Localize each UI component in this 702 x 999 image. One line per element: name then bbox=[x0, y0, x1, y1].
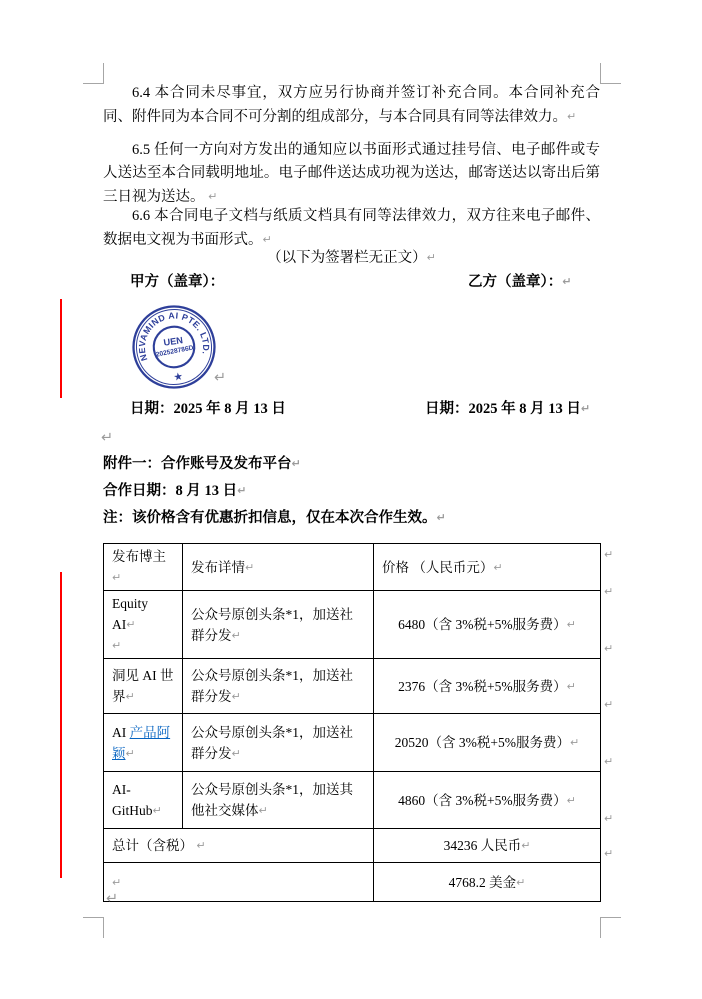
pilcrow-icon: ↵ bbox=[126, 747, 135, 760]
company-seal-stamp: NEVAMIND AI PTE. LTD. UEN 202528786D ★ bbox=[130, 303, 218, 391]
pilcrow-icon: ↵ bbox=[292, 457, 301, 470]
cell-price: 6480（含 3%税+5%服务费）↵ bbox=[374, 591, 601, 659]
detail-text: 公众号原创头条*1，加送其他社交媒体 bbox=[191, 782, 353, 818]
table-row: 洞见 AI 世界↵ 公众号原创头条*1，加送社群分发↵ 2376（含 3%税+5… bbox=[104, 659, 601, 714]
pilcrow-icon: ↵ bbox=[604, 847, 613, 860]
pilcrow-icon: ↵ bbox=[604, 812, 613, 825]
party-a-label: 甲方（盖章）： bbox=[130, 272, 224, 292]
crop-mark-top-right bbox=[600, 63, 621, 84]
pilcrow-icon: ↵ bbox=[232, 629, 241, 642]
word-document-page: 6.4 本合同未尽事宜，双方应另行协商并签订补充合同。本合同补充合同、附件同为本… bbox=[0, 0, 702, 999]
total-label-text: 总计（含税） bbox=[112, 838, 193, 853]
pilcrow-icon: ↵ bbox=[112, 639, 121, 652]
attachment-note: 注：该价格含有优惠折扣信息，仅在本次合作生效。↵ bbox=[103, 508, 446, 528]
signature-note-text: （以下为签署栏无正文） bbox=[267, 250, 427, 266]
pilcrow-icon: ↵ bbox=[101, 428, 113, 448]
price-text: 6480（含 3%税+5%服务费） bbox=[398, 617, 566, 632]
attachment-date-text: 合作日期：8 月 13 日 bbox=[103, 483, 237, 499]
pilcrow-icon: ↵ bbox=[126, 618, 135, 631]
table-usd-row: ↵ 4768.2 美金↵ bbox=[104, 863, 601, 902]
cell-detail: 公众号原创头条*1，加送社群分发↵ bbox=[183, 591, 374, 659]
attachment-note-text: 注：该价格含有优惠折扣信息，仅在本次合作生效。 bbox=[103, 510, 437, 526]
cell-usd-label-empty: ↵ bbox=[104, 863, 374, 902]
date-party-a: 日期：2025 年 8 月 13 日 bbox=[130, 399, 286, 419]
price-text: 20520（含 3%税+5%服务费） bbox=[395, 735, 570, 750]
pilcrow-icon: ↵ bbox=[245, 561, 254, 574]
crop-mark-bottom-left bbox=[83, 917, 104, 938]
pilcrow-icon: ↵ bbox=[237, 484, 246, 497]
cell-blogger: Equity AI↵ ↵ bbox=[104, 591, 183, 659]
seal-star-icon: ★ bbox=[173, 371, 184, 383]
pilcrow-icon: ↵ bbox=[604, 698, 613, 711]
pilcrow-icon: ↵ bbox=[604, 548, 613, 561]
pilcrow-icon: ↵ bbox=[232, 747, 241, 760]
header-detail-text: 发布详情 bbox=[191, 560, 245, 575]
pricing-table: 发布博主↵ 发布详情↵ 价格 （人民币元）↵ Equity AI↵ ↵ 公众号原… bbox=[103, 543, 601, 902]
pilcrow-icon: ↵ bbox=[604, 642, 613, 655]
pilcrow-icon: ↵ bbox=[208, 190, 217, 203]
pilcrow-icon: ↵ bbox=[126, 690, 135, 703]
table-header-row: 发布博主↵ 发布详情↵ 价格 （人民币元）↵ bbox=[104, 544, 601, 591]
table-row: Equity AI↵ ↵ 公众号原创头条*1，加送社群分发↵ 6480（含 3%… bbox=[104, 591, 601, 659]
pilcrow-icon: ↵ bbox=[196, 839, 205, 852]
cell-detail: 公众号原创头条*1，加送社群分发↵ bbox=[183, 659, 374, 714]
date-party-b-text: 日期：2025 年 8 月 13 日 bbox=[425, 401, 581, 417]
clause-6-6: 6.6 本合同电子文档与纸质文档具有同等法律效力，双方往来电子邮件、数据电文视为… bbox=[103, 205, 600, 252]
total-value-text: 34236 人民币 bbox=[444, 838, 522, 853]
pilcrow-icon: ↵ bbox=[437, 511, 446, 524]
change-bar-signature bbox=[60, 299, 62, 398]
pilcrow-icon: ↵ bbox=[427, 251, 436, 264]
pilcrow-icon: ↵ bbox=[112, 876, 121, 889]
pilcrow-icon: ↵ bbox=[567, 110, 576, 123]
usd-value-text: 4768.2 美金 bbox=[449, 875, 517, 890]
clause-6-4-text: 6.4 本合同未尽事宜，双方应另行协商并签订补充合同。本合同补充合同、附件同为本… bbox=[103, 85, 600, 125]
header-blogger: 发布博主↵ bbox=[104, 544, 183, 591]
signature-note: （以下为签署栏无正文）↵ bbox=[103, 246, 600, 270]
table-total-row: 总计（含税） ↵ 34236 人民币↵ bbox=[104, 829, 601, 863]
pilcrow-icon: ↵ bbox=[581, 402, 590, 415]
cell-blogger: 洞见 AI 世界↵ bbox=[104, 659, 183, 714]
cell-price: 4860（含 3%税+5%服务费）↵ bbox=[374, 772, 601, 829]
clause-6-5: 6.5 任何一方向对方发出的通知应以书面形式通过挂号信、电子邮件或专人送达至本合… bbox=[103, 139, 600, 209]
pilcrow-icon: ↵ bbox=[493, 561, 502, 574]
pilcrow-icon: ↵ bbox=[516, 876, 525, 889]
pilcrow-icon: ↵ bbox=[567, 794, 576, 807]
table-row: AI-GitHub↵ 公众号原创头条*1，加送其他社交媒体↵ 4860（含 3%… bbox=[104, 772, 601, 829]
crop-mark-top-left bbox=[83, 63, 104, 84]
cell-blogger: AI 产品阿颖↵ bbox=[104, 714, 183, 772]
cell-price: 20520（含 3%税+5%服务费）↵ bbox=[374, 714, 601, 772]
pilcrow-icon: ↵ bbox=[259, 804, 268, 817]
attachment-title-text: 附件一：合作账号及发布平台 bbox=[103, 456, 292, 472]
detail-text: 公众号原创头条*1，加送社群分发 bbox=[191, 668, 353, 704]
change-bar-table bbox=[60, 572, 62, 878]
party-b-label: 乙方（盖章）：↵ bbox=[468, 272, 571, 292]
blogger-name: AI-GitHub bbox=[112, 782, 153, 818]
pilcrow-icon: ↵ bbox=[263, 233, 272, 246]
blogger-name: 洞见 AI 世界 bbox=[112, 668, 174, 704]
price-text: 4860（含 3%税+5%服务费） bbox=[398, 793, 566, 808]
pilcrow-icon: ↵ bbox=[562, 275, 571, 288]
crop-mark-bottom-right bbox=[600, 917, 621, 938]
seal-uen-label: UEN bbox=[163, 335, 184, 348]
detail-text: 公众号原创头条*1，加送社群分发 bbox=[191, 607, 353, 643]
pilcrow-icon: ↵ bbox=[570, 736, 579, 749]
cell-blogger: AI-GitHub↵ bbox=[104, 772, 183, 829]
header-blogger-text: 发布博主 bbox=[112, 549, 166, 564]
seal-uen-number: 202528786D bbox=[155, 344, 194, 358]
cell-usd-value: 4768.2 美金↵ bbox=[374, 863, 601, 902]
detail-text: 公众号原创头条*1，加送社群分发 bbox=[191, 725, 353, 761]
cell-detail: 公众号原创头条*1，加送社群分发↵ bbox=[183, 714, 374, 772]
pilcrow-icon: ↵ bbox=[521, 839, 530, 852]
header-price: 价格 （人民币元）↵ bbox=[374, 544, 601, 591]
header-detail: 发布详情↵ bbox=[183, 544, 374, 591]
pilcrow-icon: ↵ bbox=[112, 571, 121, 584]
blogger-name-prefix: AI bbox=[112, 725, 130, 740]
pilcrow-icon: ↵ bbox=[604, 755, 613, 768]
clause-6-5-text: 6.5 任何一方向对方发出的通知应以书面形式通过挂号信、电子邮件或专人送达至本合… bbox=[103, 142, 600, 205]
date-party-b: 日期：2025 年 8 月 13 日↵ bbox=[425, 399, 590, 419]
party-b-label-text: 乙方（盖章）： bbox=[468, 274, 562, 290]
header-price-text: 价格 （人民币元） bbox=[382, 560, 493, 575]
pilcrow-icon: ↵ bbox=[106, 889, 118, 909]
pilcrow-icon: ↵ bbox=[214, 368, 226, 388]
table-row: AI 产品阿颖↵ 公众号原创头条*1，加送社群分发↵ 20520（含 3%税+5… bbox=[104, 714, 601, 772]
svg-text:NEVAMIND AI PTE. LTD.: NEVAMIND AI PTE. LTD. bbox=[132, 306, 213, 366]
pilcrow-icon: ↵ bbox=[153, 804, 162, 817]
cell-total-value: 34236 人民币↵ bbox=[374, 829, 601, 863]
clause-6-6-text: 6.6 本合同电子文档与纸质文档具有同等法律效力，双方往来电子邮件、数据电文视为… bbox=[103, 208, 600, 248]
pilcrow-icon: ↵ bbox=[567, 618, 576, 631]
price-text: 2376（含 3%税+5%服务费） bbox=[398, 679, 566, 694]
cell-detail: 公众号原创头条*1，加送其他社交媒体↵ bbox=[183, 772, 374, 829]
seal-company-name: NEVAMIND AI PTE. LTD. bbox=[132, 306, 213, 366]
attachment-date: 合作日期：8 月 13 日↵ bbox=[103, 481, 246, 501]
cell-price: 2376（含 3%税+5%服务费）↵ bbox=[374, 659, 601, 714]
clause-6-4: 6.4 本合同未尽事宜，双方应另行协商并签订补充合同。本合同补充合同、附件同为本… bbox=[103, 82, 600, 129]
pilcrow-icon: ↵ bbox=[567, 680, 576, 693]
pilcrow-icon: ↵ bbox=[604, 585, 613, 598]
cell-total-label: 总计（含税） ↵ bbox=[104, 829, 374, 863]
attachment-title: 附件一：合作账号及发布平台↵ bbox=[103, 454, 301, 474]
pilcrow-icon: ↵ bbox=[232, 690, 241, 703]
